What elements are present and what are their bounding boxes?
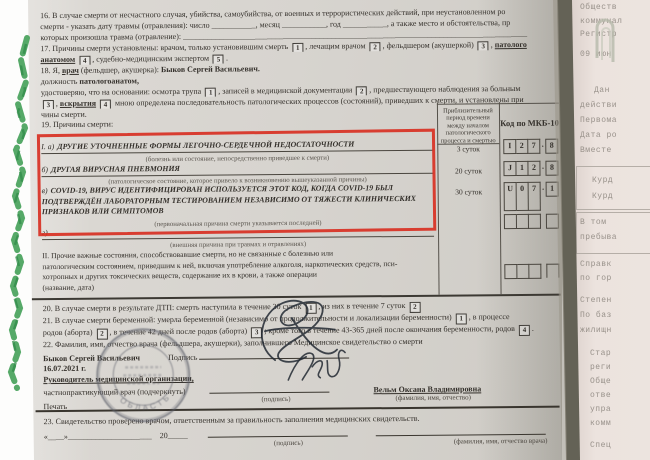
document-photo: ОбществкоммуналРегистр09 июнДандействиПе… xyxy=(0,0,650,460)
paperclip-icon xyxy=(0,0,650,460)
